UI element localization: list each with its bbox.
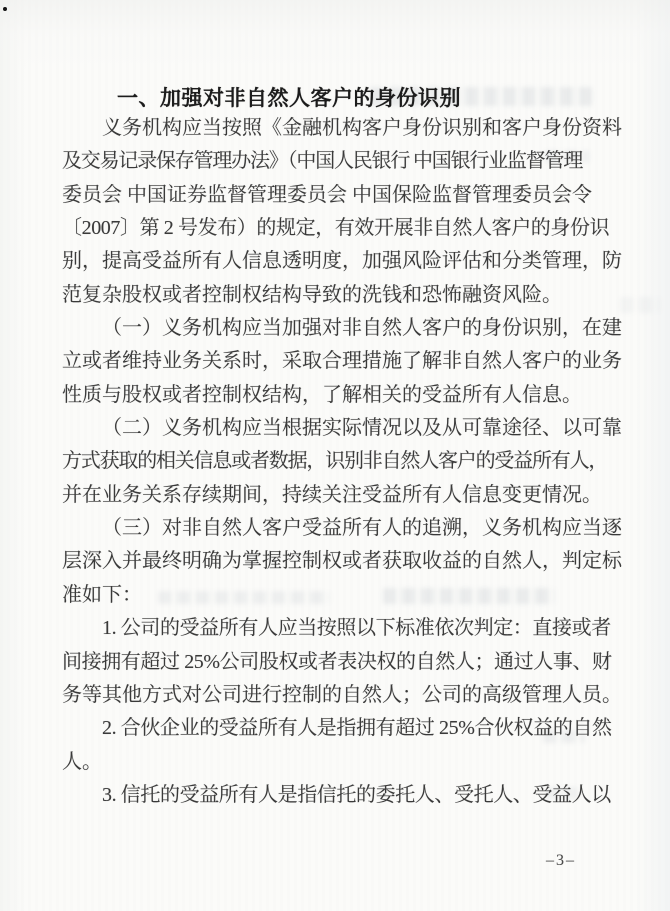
body-line: 1. 公司的受益所有人应当按照以下标准依次判定：直接或者 xyxy=(62,612,608,645)
body-line: （三）对非自然人客户受益所有人的追溯，义务机构应当逐 xyxy=(62,512,608,545)
body-line: 层深入并最终明确为掌握控制权或者获取收益的自然人，判定标 xyxy=(62,545,608,578)
body-line: 并在业务关系存续期间，持续关注受益所有人信息变更情况。 xyxy=(62,479,608,512)
scanned-document-page: 一、加强对非自然人客户的身份识别 义务机构应当按照《金融机构客户身份识别和客户身… xyxy=(0,0,670,911)
body-line: （一）义务机构应当加强对非自然人客户的身份识别，在建 xyxy=(62,312,608,345)
body-line: 及交易记录保存管理办法》（中国人民银行 中国银行业监督管理 xyxy=(62,145,608,178)
bleedthrough-smudge xyxy=(620,297,660,313)
body-line: 〔2007〕第 2 号发布）的规定，有效开展非自然人客户的身份识 xyxy=(62,212,608,245)
body-line: 方式获取的相关信息或者数据，识别非自然人客户的受益所有人， xyxy=(62,445,608,478)
body-line: 务等其他方式对公司进行控制的自然人；公司的高级管理人员。 xyxy=(62,679,608,712)
page-number: –3– xyxy=(546,852,576,870)
scan-artifact-speck xyxy=(3,7,7,11)
body-line: 性质与股权或者控制权结构，了解相关的受益所有人信息。 xyxy=(62,379,608,412)
body-line: （二）义务机构应当根据实际情况以及从可靠途径、以可靠 xyxy=(62,412,608,445)
body-line: 立或者维持业务关系时，采取合理措施了解非自然人客户的业务 xyxy=(62,345,608,378)
body-line: 3. 信托的受益所有人是指信托的委托人、受托人、受益人以 xyxy=(62,779,608,812)
body-line: 范复杂股权或者控制权结构导致的洗钱和恐怖融资风险。 xyxy=(62,279,608,312)
body-line: 委员会 中国证券监督管理委员会 中国保险监督管理委员会令 xyxy=(62,179,608,212)
body-line: 间接拥有超过 25%公司股权或者表决权的自然人；通过人事、财 xyxy=(62,646,608,679)
section-heading: 一、加强对非自然人客户的身份识别 xyxy=(117,82,461,112)
body-line: 义务机构应当按照《金融机构客户身份识别和客户身份资料 xyxy=(62,112,608,145)
document-body: 义务机构应当按照《金融机构客户身份识别和客户身份资料 及交易记录保存管理办法》（… xyxy=(62,112,608,812)
body-line: 准如下： xyxy=(62,579,608,612)
body-line: 别，提高受益所有人信息透明度，加强风险评估和分类管理，防 xyxy=(62,245,608,278)
body-line: 人。 xyxy=(62,746,608,779)
body-line: 2. 合伙企业的受益所有人是指拥有超过 25%合伙权益的自然 xyxy=(62,712,608,745)
